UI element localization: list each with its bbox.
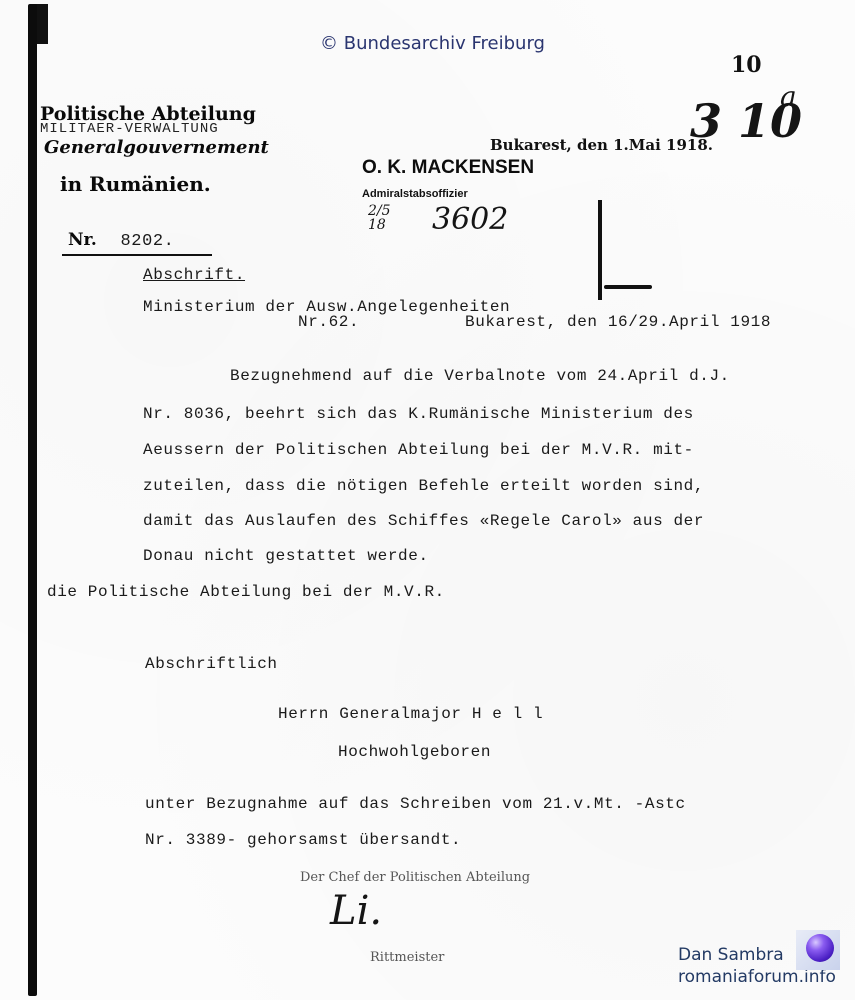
paragraph-line-6: Donau nicht gestattet werde. bbox=[143, 547, 429, 565]
sender-date: Bukarest, den 16/29.April 1918 bbox=[465, 313, 771, 331]
letterhead-administration: MILITAER-VERWALTUNG bbox=[40, 121, 219, 137]
pen-mark-vertical bbox=[598, 200, 602, 300]
folio-suffix: a bbox=[780, 80, 797, 113]
archive-watermark: © Bundesarchiv Freiburg bbox=[320, 33, 545, 54]
copy-note: Abschriftlich bbox=[145, 655, 278, 673]
signature: Li. bbox=[330, 888, 382, 934]
globe-icon bbox=[796, 930, 840, 970]
copy-heading: Abschrift. bbox=[143, 266, 245, 284]
paragraph-line-4: zuteilen, dass die nötigen Befehle ertei… bbox=[143, 477, 704, 495]
dateline: Bukarest, den 1.Mai 1918. bbox=[490, 136, 713, 154]
reference-number: Nr. 8202. bbox=[68, 230, 174, 251]
recipient-honorific: Hochwohlgeboren bbox=[338, 743, 491, 761]
reference-number-value: 8202. bbox=[120, 232, 174, 251]
addressee-line: die Politische Abteilung bei der M.V.R. bbox=[47, 583, 445, 601]
paragraph-line-5: damit das Auslaufen des Schiffes «Regele… bbox=[143, 512, 704, 530]
paragraph-line-2: Nr. 8036, beehrt sich das K.Rumänische M… bbox=[143, 405, 694, 423]
pen-mark-horizontal bbox=[604, 285, 652, 289]
sender-number: Nr.62. bbox=[298, 313, 359, 331]
stamp-title: O. K. MACKENSEN bbox=[362, 157, 534, 179]
recipient-name: Herrn Generalmajor H e l l bbox=[278, 705, 543, 723]
document-page: © Bundesarchiv Freiburg Politische Abtei… bbox=[0, 0, 855, 1000]
stamp-handwritten-number: 3602 bbox=[432, 202, 508, 237]
closing-line-1: unter Bezugnahme auf das Schreiben vom 2… bbox=[145, 795, 686, 813]
paragraph-line-3: Aeussern der Politischen Abteilung bei d… bbox=[143, 441, 694, 459]
reference-underline bbox=[62, 254, 212, 256]
reference-number-label: Nr. bbox=[68, 230, 97, 250]
letterhead-government: Generalgouvernement bbox=[44, 137, 269, 158]
signature-title: Der Chef der Politischen Abteilung bbox=[300, 870, 530, 885]
signature-rank: Rittmeister bbox=[370, 950, 444, 965]
letterhead-country: in Rumänien. bbox=[60, 172, 211, 196]
stamp-subtitle: Admiralstabsoffizier bbox=[362, 188, 468, 200]
folio-number-top: 10 bbox=[731, 52, 762, 78]
stamp-handwritten-date: 2/5 18 bbox=[368, 204, 390, 232]
binding-strip bbox=[28, 4, 37, 996]
paragraph-line-1: Bezugnehmend auf die Verbalnote vom 24.A… bbox=[230, 367, 730, 385]
closing-line-2: Nr. 3389- gehorsamst übersandt. bbox=[145, 831, 461, 849]
